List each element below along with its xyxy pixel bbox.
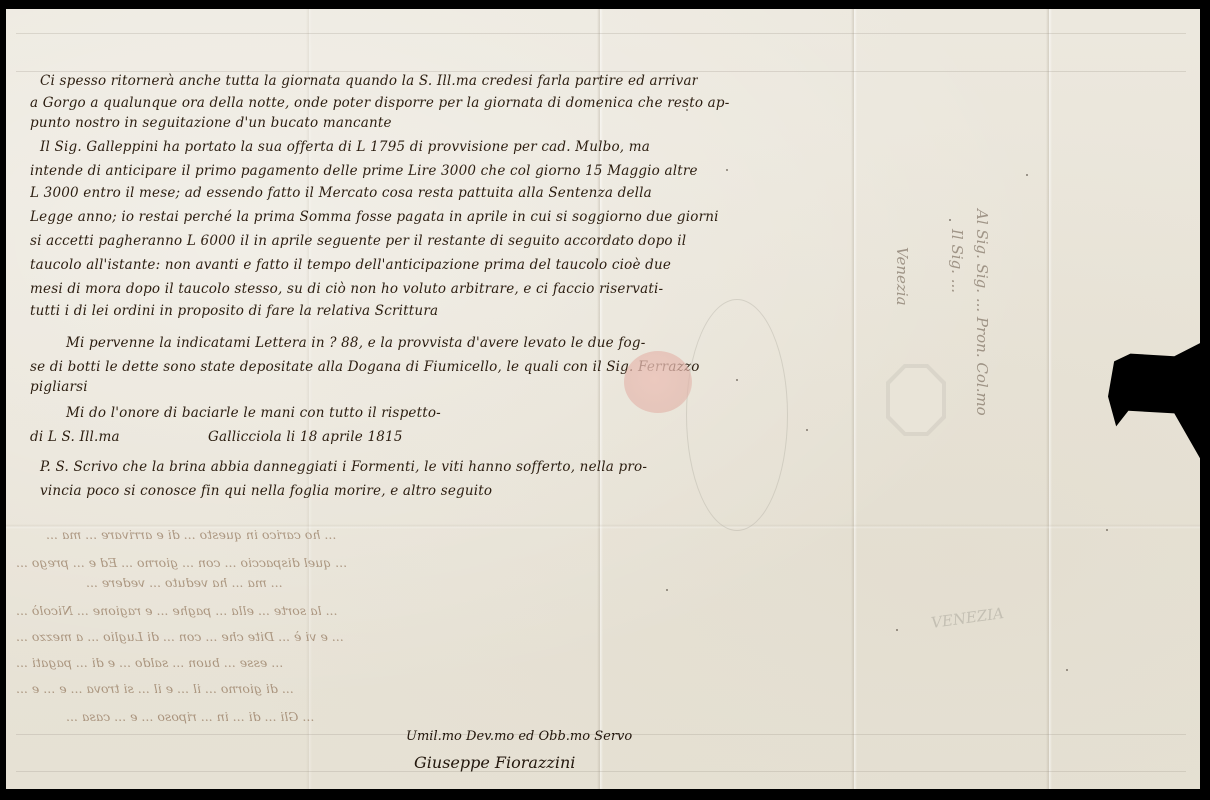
closing-line: Mi do l'onore di baciarle le mani con tu… xyxy=(30,405,441,421)
seal-imprint-outline xyxy=(686,299,788,531)
scanned-letter-image: ... ho carico in questo ... di e arrivar… xyxy=(0,0,1210,800)
letter-line: taucolo all'istante: non avanti e fatto … xyxy=(30,257,671,273)
letter-line: se di botti le dette sono state deposita… xyxy=(30,359,700,375)
letter-line: Legge anno; io restai perché la prima So… xyxy=(30,209,719,225)
letter-line: Ci spesso ritornerà anche tutta la giorn… xyxy=(30,73,698,89)
postal-stamp-inner xyxy=(890,368,942,432)
salutation: di L S. Ill.ma xyxy=(30,429,120,445)
address-line: Al Sig. Sig. ... Pron. Col.mo xyxy=(973,209,991,416)
address-line: Il Sig. ... xyxy=(948,229,966,293)
letter-line: a Gorgo a qualunque ora della notte, ond… xyxy=(30,95,730,111)
letter-line: intende di anticipare il primo pagamento… xyxy=(30,163,698,179)
fold-crease-right xyxy=(851,9,857,789)
address-line: Venezia xyxy=(893,247,911,306)
letter-line: si accetti pagheranno L 6000 il in april… xyxy=(30,233,686,249)
bleed-through-line: ... ma ... ha veduto ... vedere ... xyxy=(86,575,283,590)
fold-crease-center xyxy=(597,9,603,789)
letter-line: punto nostro in seguitazione d'un bucato… xyxy=(30,115,392,131)
embossed-postmark: VENEZIA xyxy=(930,604,1005,632)
place-date: Gallicciola li 18 aprile 1815 xyxy=(208,429,403,445)
letter-line: Mi pervenne la indicatami Lettera in ? 8… xyxy=(30,335,645,351)
bleed-through-line: ... ho carico in questo ... di e arrivar… xyxy=(46,527,336,542)
letter-line: mesi di mora dopo il taucolo stesso, su … xyxy=(30,281,663,297)
letter-line: tutti i di lei ordini in proposito di fa… xyxy=(30,303,438,319)
ruled-line xyxy=(16,71,1186,72)
letter-line: Il Sig. Galleppini ha portato la sua off… xyxy=(30,139,650,155)
bleed-through-line: ... di giorno ... il ... e il ... si tro… xyxy=(16,681,294,696)
ruled-line xyxy=(16,771,1186,772)
bleed-through-line: ... esse ... buon ... saldo ... e di ...… xyxy=(16,655,283,670)
letter-sheet: ... ho carico in questo ... di e arrivar… xyxy=(6,9,1200,789)
fold-crease-far-right xyxy=(1046,9,1052,789)
signature-name: Giuseppe Fiorazzini xyxy=(414,753,575,772)
bleed-through-line: ... e vi è ... Dite che ... con ... di L… xyxy=(16,629,344,644)
signature-formula: Umil.mo Dev.mo ed Obb.mo Servo xyxy=(406,729,632,744)
postscript-line: P. S. Scrivo che la brina abbia danneggi… xyxy=(30,459,647,475)
ruled-line xyxy=(16,33,1186,34)
bleed-through-line: ... la sorte ... ella ... paghe ... e ra… xyxy=(16,603,338,618)
wax-seal xyxy=(624,351,692,413)
bleed-through-line: ... quel dispaccio ... con ... giorno ..… xyxy=(16,555,347,570)
letter-line: L 3000 entro il mese; ad essendo fatto i… xyxy=(30,185,652,201)
bleed-through-line: ... Gli ... di ... in ... riposo ... e .… xyxy=(66,709,314,724)
letter-line: pigliarsi xyxy=(30,379,88,395)
postscript-line: vincia poco si conosce fin qui nella fog… xyxy=(30,483,492,499)
